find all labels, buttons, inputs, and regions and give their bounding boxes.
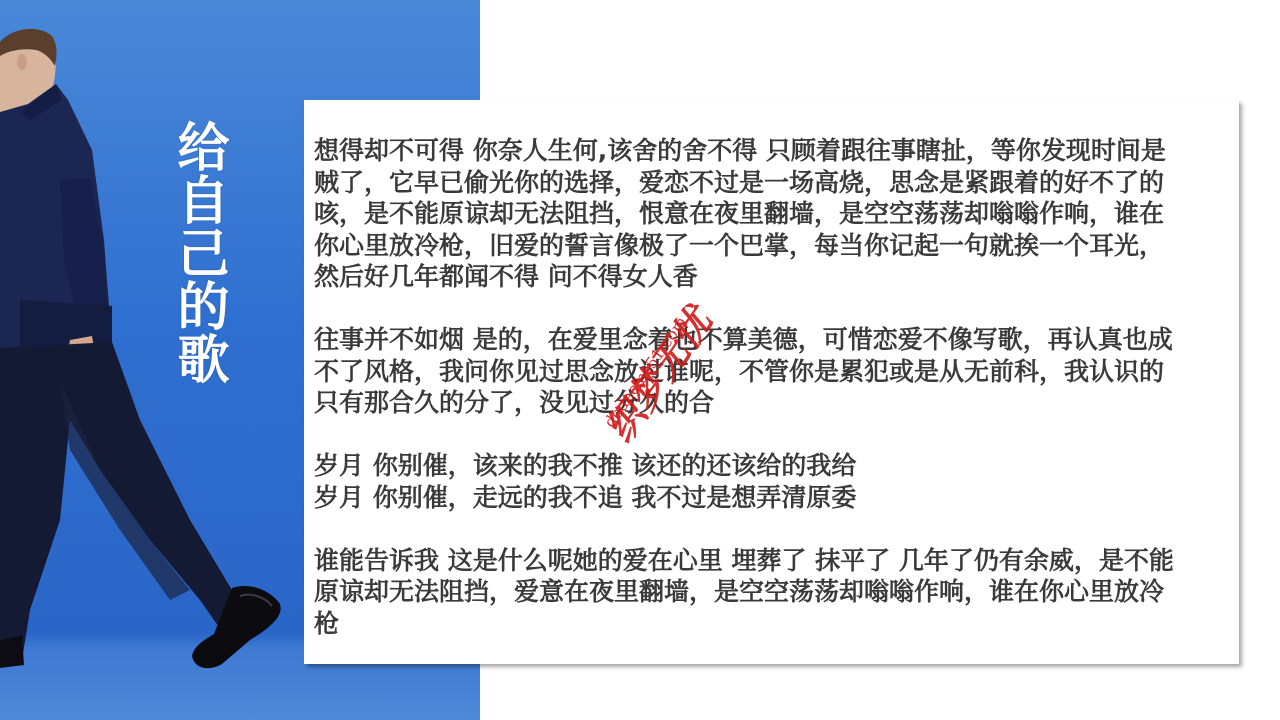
- lyric-line: 岁月 你别催，该来的我不推 该还的还该给的我给: [314, 451, 856, 480]
- slide: 给自己的歌 想得却不可得 你奈人生何,该舍的舍不得 只顾着跟往事瞎扯，等你发现时…: [0, 0, 1280, 720]
- lyric-line: 然后好几年都闻不得 问不得女人香: [314, 262, 698, 291]
- lyric-line: 你心里放冷枪，旧爱的誓言像极了一个巴掌，每当你记起一句就挨一个耳光，: [314, 231, 1164, 260]
- lyrics-paragraph-4: 谁能告诉我 这是什么呢她的爱在心里 埋葬了 抹平了 几年了仍有余威，是不能原谅却…: [314, 545, 1239, 640]
- lyrics-paragraph-2: 往事并不如烟 是的，在爱里念着也不算美德，可惜恋爱不像写歌，再认真也成不了风格，…: [314, 324, 1239, 419]
- page-title: 给自己的歌: [166, 120, 224, 385]
- lyric-line: 想得却不可得 你奈人生何,该舍的舍不得 只顾着跟往事瞎扯，等你发现时间是: [314, 136, 1166, 165]
- lyrics-paragraph-1: 想得却不可得 你奈人生何,该舍的舍不得 只顾着跟往事瞎扯，等你发现时间是贼了，它…: [314, 135, 1239, 293]
- lyric-line: 只有那合久的分了，没见过分久的合: [314, 388, 714, 417]
- lyric-line: 往事并不如烟 是的，在爱里念着也不算美德，可惜恋爱不像写歌，再认真也成: [314, 325, 1173, 354]
- lyric-line: 不了风格，我问你见过思念放过谁呢，不管你是累犯或是从无前科，我认识的: [314, 357, 1164, 386]
- lyrics-card: 想得却不可得 你奈人生何,该舍的舍不得 只顾着跟往事瞎扯，等你发现时间是贼了，它…: [304, 100, 1239, 664]
- lyric-line: 原谅却无法阻挡，爱意在夜里翻墙，是空空荡荡却嗡嗡作响，谁在你心里放冷: [314, 577, 1164, 606]
- lyric-line: 贼了，它早已偷光你的选择，爱恋不过是一场高烧，思念是紧跟着的好不了的: [314, 168, 1164, 197]
- lyric-line: 谁能告诉我 这是什么呢她的爱在心里 埋葬了 抹平了 几年了仍有余威，是不能: [314, 546, 1174, 575]
- lyrics-paragraph-3: 岁月 你别催，该来的我不推 该还的还该给的我给岁月 你别催，走远的我不追 我不过…: [314, 450, 1239, 513]
- lyric-line: 岁月 你别催，走远的我不追 我不过是想弄清原委: [314, 483, 856, 512]
- lyric-line: 枪: [314, 609, 339, 638]
- lyrics-body: 想得却不可得 你奈人生何,该舍的舍不得 只顾着跟往事瞎扯，等你发现时间是贼了，它…: [314, 135, 1239, 671]
- lyric-line: 咳，是不能原谅却无法阻挡，恨意在夜里翻墙，是空空荡荡却嗡嗡作响，谁在: [314, 199, 1164, 228]
